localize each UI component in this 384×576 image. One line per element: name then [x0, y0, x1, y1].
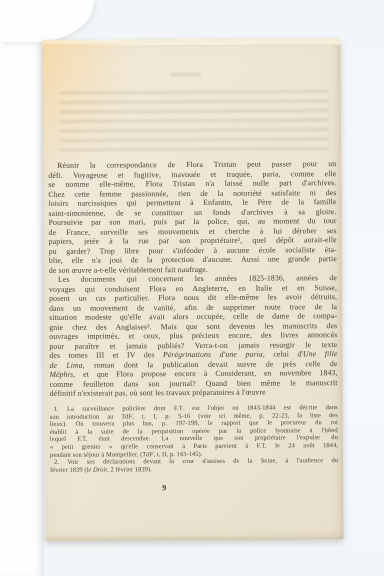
facing-page-edge: [0, 0, 44, 576]
text-line: définitif n'existerait pas, où sont les …: [50, 387, 338, 398]
book-page: Réunir la correspondance de Flora Trista…: [42, 38, 343, 541]
footnotes: 1. La surveillance policière dont F.T. e…: [50, 404, 338, 474]
bleedthrough-text: [59, 90, 329, 156]
photo-background: Réunir la correspondance de Flora Trista…: [0, 0, 384, 576]
page-number: 9: [45, 482, 283, 492]
bleedthrough-heading: [171, 73, 201, 76]
text-line: février 1839 (le Droit, 2 février 1839).: [50, 465, 338, 474]
body-text: Réunir la correspondance de Flora Trista…: [48, 159, 337, 398]
text-line: blie, elle n'a joui de la protection d'a…: [49, 254, 337, 265]
facing-page-curl: [0, 0, 94, 42]
page-top-edge: [42, 38, 340, 47]
